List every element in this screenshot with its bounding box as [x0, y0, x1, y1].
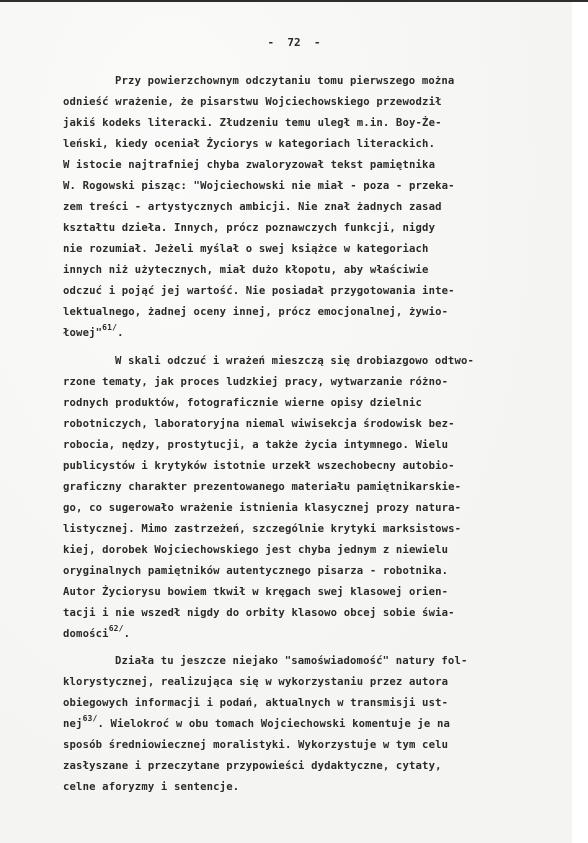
text-line: lektualnego, żadnej oceny innej, prócz e… — [63, 305, 448, 319]
text-line: zem treści - artystycznych ambicji. Nie … — [63, 200, 442, 214]
text-line: Przy powierzchownym odczytaniu tomu pier… — [115, 74, 454, 88]
text-line: klorystycznej, realizująca się w wykorzy… — [63, 675, 448, 689]
page-number: - 72 - — [0, 36, 588, 49]
footnote-ref-62: 62/ — [109, 624, 124, 633]
text-line: rzone tematy, jak proces ludzkiej pracy,… — [63, 375, 448, 389]
text-fragment: . — [124, 628, 131, 640]
text-line: rodnych produktów, fotograficznie wierne… — [63, 396, 422, 410]
text-line: nie rozumiał. Jeżeli myślał o swej książ… — [63, 242, 429, 256]
text-fragment: . — [117, 327, 124, 339]
text-line: publicystów i krytyków istotnie urzekł w… — [63, 459, 455, 473]
text-line: innych niż użytecznych, miał dużo kłopot… — [63, 263, 429, 277]
page-margin-edge — [572, 2, 588, 843]
text-line: odnieść wrażenie, że pisarstwu Wojciecho… — [63, 95, 442, 109]
text-fragment: . Wielokroć w obu tomach Wojciechowski k… — [98, 718, 451, 730]
text-fragment: nej — [63, 718, 83, 730]
text-line: W skali odczuć i wrażeń mieszczą się dro… — [115, 354, 474, 368]
text-line-with-footnote: nej63/. Wielokroć w obu tomach Wojciecho… — [63, 717, 450, 731]
text-line: leński, kiedy oceniał Życiorys w kategor… — [63, 137, 435, 151]
text-line: zasłyszane i przeczytane przypowieści dy… — [63, 759, 442, 773]
text-line: robocia, nędzy, prostytucji, a także życ… — [63, 438, 448, 452]
text-line: listycznej. Mimo zastrzeżeń, szczególnie… — [63, 522, 461, 536]
text-line: go, co sugerowało wrażenie istnienia kla… — [63, 501, 461, 515]
footnote-ref-61: 61/ — [102, 323, 117, 332]
text-line: Autor Życiorysu bowiem tkwił w kręgach s… — [63, 585, 448, 599]
text-line: tacji i nie wszedł nigdy do orbity klaso… — [63, 606, 455, 620]
text-line: Działa tu jeszcze niejako "samoświadomoś… — [115, 654, 468, 668]
text-line-with-footnote: łowej"61/. — [63, 326, 124, 340]
text-line-with-footnote: domości62/. — [63, 627, 130, 641]
text-fragment: domości — [63, 628, 109, 640]
text-fragment: łowej" — [63, 327, 102, 339]
text-line: W. Rogowski pisząc: "Wojciechowski nie m… — [63, 179, 455, 193]
text-line: kiej, dorobek Wojciechowskiego jest chyb… — [63, 543, 448, 557]
text-line: celne aforyzmy i sentencje. — [63, 780, 239, 794]
text-line: jakiś kodeks literacki. Złudzeniu temu u… — [63, 116, 442, 130]
text-line: odczuć i pojąć jej wartość. Nie posiadał… — [63, 284, 455, 298]
text-line: oryginalnych pamiętników autentycznego p… — [63, 564, 448, 578]
text-line: W istocie najtrafniej chyba zwaloryzował… — [63, 158, 435, 172]
footnote-ref-63: 63/ — [83, 714, 98, 723]
text-line: kształtu dzieła. Innych, prócz poznawczy… — [63, 221, 435, 235]
text-line: robotniczych, laboratoryjna niemal wiwis… — [63, 417, 455, 431]
text-line: obiegowych informacji i podań, aktualnyc… — [63, 696, 448, 710]
text-line: sposób średniowiecznej moralistyki. Wyko… — [63, 738, 448, 752]
text-line: graficzny charakter prezentowanego mater… — [63, 480, 461, 494]
